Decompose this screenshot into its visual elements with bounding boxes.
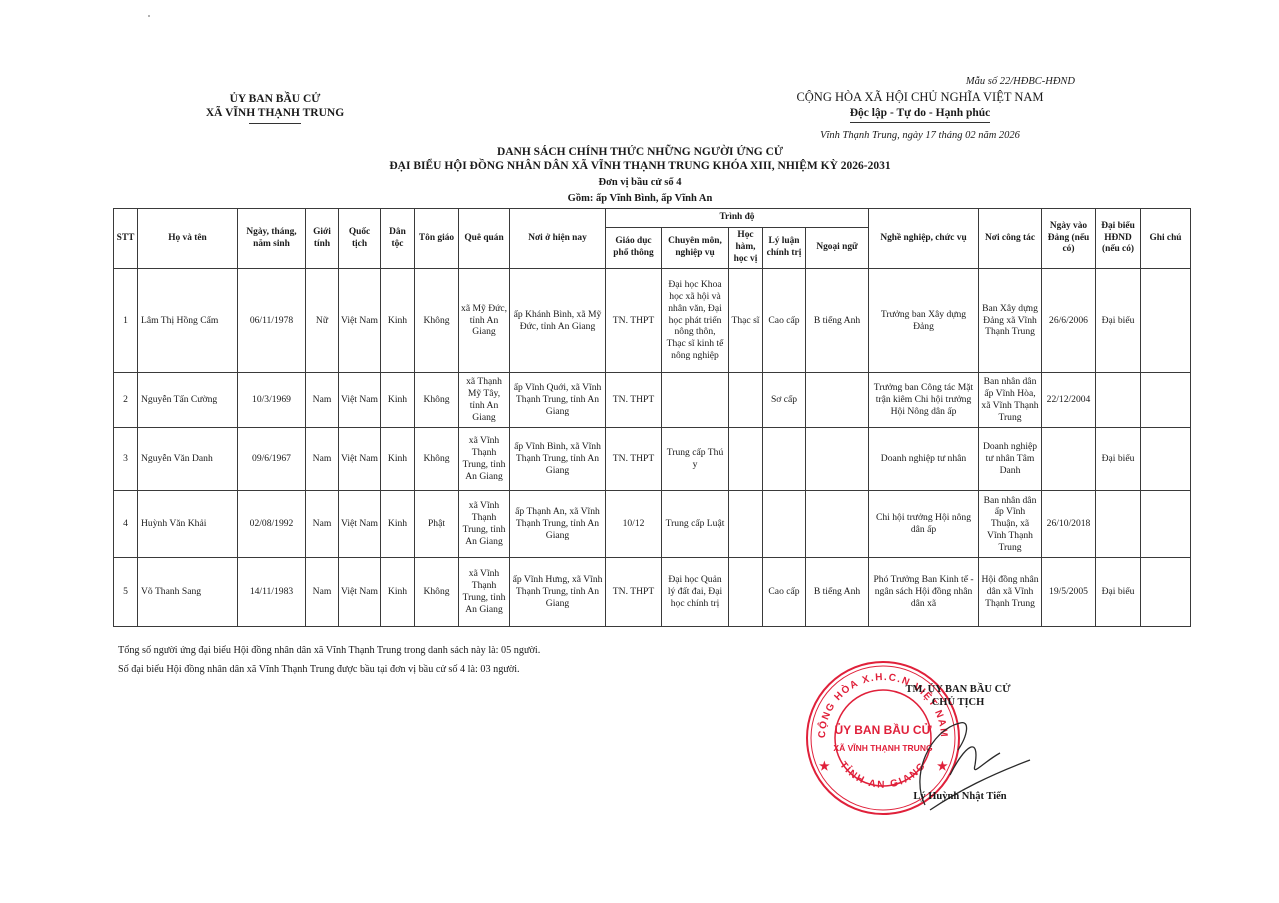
- cell-party-join-date: 26/6/2006: [1042, 269, 1096, 373]
- col-notes: Ghi chú: [1141, 209, 1191, 269]
- cell-hometown: xã Vĩnh Thạnh Trung, tỉnh An Giang: [459, 558, 510, 627]
- cell-general-education: TN. THPT: [606, 269, 662, 373]
- cell-party-join-date: 19/5/2005: [1042, 558, 1096, 627]
- cell-residence: ấp Thạnh An, xã Vĩnh Thạnh Trung, tỉnh A…: [510, 491, 606, 558]
- col-stt: STT: [114, 209, 138, 269]
- electoral-unit-areas: Gồm: ấp Vĩnh Bình, ấp Vĩnh An: [300, 192, 980, 206]
- cell-gender: Nữ: [306, 269, 339, 373]
- table-row: 4Huỳnh Văn Khải02/08/1992NamViệt NamKinh…: [114, 491, 1191, 558]
- cell-full-name: Võ Thanh Sang: [138, 558, 238, 627]
- col-religion: Tôn giáo: [415, 209, 459, 269]
- cell-ethnicity: Kinh: [381, 491, 415, 558]
- cell-stt: 5: [114, 558, 138, 627]
- col-nationality: Quốc tịch: [339, 209, 381, 269]
- cell-hometown: xã Vĩnh Thạnh Trung, tỉnh An Giang: [459, 428, 510, 491]
- cell-gender: Nam: [306, 428, 339, 491]
- nation-name: CỘNG HÒA XÃ HỘI CHỦ NGHĨA VIỆT NAM: [760, 90, 1080, 105]
- cell-gender: Nam: [306, 491, 339, 558]
- cell-ethnicity: Kinh: [381, 428, 415, 491]
- cell-residence: ấp Khánh Bình, xã Mỹ Đức, tỉnh An Giang: [510, 269, 606, 373]
- cell-general-education: TN. THPT: [606, 373, 662, 428]
- cell-nationality: Việt Nam: [339, 269, 381, 373]
- place-and-date: Vĩnh Thạnh Trung, ngày 17 tháng 02 năm 2…: [760, 130, 1080, 141]
- cell-stt: 4: [114, 491, 138, 558]
- col-workplace: Nơi công tác: [979, 209, 1042, 269]
- cell-dob: 10/3/1969: [238, 373, 306, 428]
- cell-professional: Trung cấp Thú y: [662, 428, 729, 491]
- cell-occupation: Trưởng ban Công tác Mặt trận kiêm Chi hộ…: [869, 373, 979, 428]
- table-row: 1Lâm Thị Hồng Cẩm06/11/1978NữViệt NamKin…: [114, 269, 1191, 373]
- cell-full-name: Huỳnh Văn Khải: [138, 491, 238, 558]
- org-line-2: XÃ VĨNH THẠNH TRUNG: [150, 106, 400, 120]
- cell-foreign-language: [806, 373, 869, 428]
- col-general-education: Giáo dục phổ thông: [606, 228, 662, 269]
- table-row: 3Nguyễn Văn Danh09/6/1967NamViệt NamKinh…: [114, 428, 1191, 491]
- cell-academic-degree: [729, 428, 763, 491]
- cell-council-delegate: Đại biểu: [1096, 558, 1141, 627]
- cell-gender: Nam: [306, 558, 339, 627]
- col-gender: Giới tính: [306, 209, 339, 269]
- cell-political-theory: Cao cấp: [763, 269, 806, 373]
- col-occupation: Nghề nghiệp, chức vụ: [869, 209, 979, 269]
- cell-notes: [1141, 373, 1191, 428]
- col-council-delegate: Đại biểu HĐND (nếu có): [1096, 209, 1141, 269]
- cell-political-theory: Cao cấp: [763, 558, 806, 627]
- cell-nationality: Việt Nam: [339, 491, 381, 558]
- cell-religion: Không: [415, 428, 459, 491]
- cell-occupation: Phó Trưởng Ban Kinh tế - ngân sách Hội đ…: [869, 558, 979, 627]
- col-hometown: Quê quán: [459, 209, 510, 269]
- cell-workplace: Doanh nghiệp tư nhân Tâm Danh: [979, 428, 1042, 491]
- cell-occupation: Doanh nghiệp tư nhân: [869, 428, 979, 491]
- cell-full-name: Nguyễn Văn Danh: [138, 428, 238, 491]
- table-row: 5Võ Thanh Sang14/11/1983NamViệt NamKinhK…: [114, 558, 1191, 627]
- scan-speck: [148, 15, 150, 17]
- cell-academic-degree: [729, 558, 763, 627]
- cell-religion: Không: [415, 373, 459, 428]
- col-foreign-language: Ngoại ngữ: [806, 228, 869, 269]
- cell-religion: Phật: [415, 491, 459, 558]
- cell-ethnicity: Kinh: [381, 558, 415, 627]
- cell-political-theory: [763, 491, 806, 558]
- cell-professional: [662, 373, 729, 428]
- cell-academic-degree: [729, 373, 763, 428]
- cell-hometown: xã Vĩnh Thạnh Trung, tỉnh An Giang: [459, 491, 510, 558]
- title-line-2: ĐẠI BIỂU HỘI ĐỒNG NHÂN DÂN XÃ VĨNH THẠNH…: [300, 160, 980, 174]
- cell-stt: 3: [114, 428, 138, 491]
- cell-notes: [1141, 428, 1191, 491]
- cell-council-delegate: [1096, 491, 1141, 558]
- cell-professional: Trung cấp Luật: [662, 491, 729, 558]
- org-underline: [249, 123, 301, 124]
- cell-ethnicity: Kinh: [381, 269, 415, 373]
- form-number: Mẫu số 22/HĐBC-HĐND: [900, 76, 1075, 87]
- cell-occupation: Trưởng ban Xây dựng Đảng: [869, 269, 979, 373]
- col-ethnicity: Dân tộc: [381, 209, 415, 269]
- col-full-name: Họ và tên: [138, 209, 238, 269]
- total-candidates-note: Tổng số người ứng đại biểu Hội đồng nhân…: [118, 645, 540, 656]
- cell-political-theory: [763, 428, 806, 491]
- cell-stt: 1: [114, 269, 138, 373]
- col-academic-degree: Học hàm, học vị: [729, 228, 763, 269]
- cell-foreign-language: B tiếng Anh: [806, 269, 869, 373]
- cell-dob: 14/11/1983: [238, 558, 306, 627]
- header-row-1: STT Họ và tên Ngày, tháng, năm sinh Giới…: [114, 209, 1191, 228]
- cell-council-delegate: Đại biểu: [1096, 269, 1141, 373]
- cell-general-education: 10/12: [606, 491, 662, 558]
- cell-workplace: Ban nhân dân ấp Vĩnh Thuận, xã Vĩnh Thạn…: [979, 491, 1042, 558]
- cell-dob: 06/11/1978: [238, 269, 306, 373]
- col-dob: Ngày, tháng, năm sinh: [238, 209, 306, 269]
- cell-dob: 09/6/1967: [238, 428, 306, 491]
- cell-party-join-date: 26/10/2018: [1042, 491, 1096, 558]
- cell-workplace: Hội đồng nhân dân xã Vĩnh Thạnh Trung: [979, 558, 1042, 627]
- document-title: DANH SÁCH CHÍNH THỨC NHỮNG NGƯỜI ỨNG CỬ …: [300, 146, 980, 205]
- cell-occupation: Chi hội trưởng Hội nông dân ấp: [869, 491, 979, 558]
- cell-notes: [1141, 269, 1191, 373]
- cell-workplace: Ban nhân dân ấp Vĩnh Hòa, xã Vĩnh Thạnh …: [979, 373, 1042, 428]
- cell-stt: 2: [114, 373, 138, 428]
- candidate-table: STT Họ và tên Ngày, tháng, năm sinh Giới…: [113, 208, 1191, 627]
- cell-hometown: xã Thạnh Mỹ Tây, tỉnh An Giang: [459, 373, 510, 428]
- cell-council-delegate: Đại biểu: [1096, 428, 1141, 491]
- electoral-unit: Đơn vị bầu cử số 4: [300, 176, 980, 190]
- cell-general-education: TN. THPT: [606, 428, 662, 491]
- cell-gender: Nam: [306, 373, 339, 428]
- cell-notes: [1141, 491, 1191, 558]
- col-political-theory: Lý luận chính trị: [763, 228, 806, 269]
- cell-residence: ấp Vĩnh Quới, xã Vĩnh Thạnh Trung, tỉnh …: [510, 373, 606, 428]
- cell-full-name: Nguyễn Tấn Cường: [138, 373, 238, 428]
- cell-nationality: Việt Nam: [339, 428, 381, 491]
- cell-religion: Không: [415, 558, 459, 627]
- cell-nationality: Việt Nam: [339, 558, 381, 627]
- cell-residence: ấp Vĩnh Bình, xã Vĩnh Thạnh Trung, tỉnh …: [510, 428, 606, 491]
- cell-religion: Không: [415, 269, 459, 373]
- cell-dob: 02/08/1992: [238, 491, 306, 558]
- cell-full-name: Lâm Thị Hồng Cẩm: [138, 269, 238, 373]
- col-party-join-date: Ngày vào Đảng (nếu có): [1042, 209, 1096, 269]
- svg-text:★: ★: [819, 759, 830, 773]
- col-residence: Nơi ở hiện nay: [510, 209, 606, 269]
- cell-foreign-language: [806, 491, 869, 558]
- cell-academic-degree: Thạc sĩ: [729, 269, 763, 373]
- table-row: 2Nguyễn Tấn Cường10/3/1969NamViệt NamKin…: [114, 373, 1191, 428]
- cell-academic-degree: [729, 491, 763, 558]
- cell-foreign-language: B tiếng Anh: [806, 558, 869, 627]
- col-professional: Chuyên môn, nghiệp vụ: [662, 228, 729, 269]
- cell-workplace: Ban Xây dựng Đảng xã Vĩnh Thạnh Trung: [979, 269, 1042, 373]
- national-motto: Độc lập - Tự do - Hạnh phúc: [850, 106, 991, 123]
- cell-professional: Đại học Quản lý đất đai, Đại học chính t…: [662, 558, 729, 627]
- cell-notes: [1141, 558, 1191, 627]
- cell-foreign-language: [806, 428, 869, 491]
- cell-ethnicity: Kinh: [381, 373, 415, 428]
- on-behalf-label: TM. ỦY BAN BẦU CỬ: [868, 683, 1048, 696]
- national-heading: CỘNG HÒA XÃ HỘI CHỦ NGHĨA VIỆT NAM Độc l…: [760, 90, 1080, 123]
- cell-council-delegate: [1096, 373, 1141, 428]
- title-line-1: DANH SÁCH CHÍNH THỨC NHỮNG NGƯỜI ỨNG CỬ: [300, 146, 980, 160]
- cell-general-education: TN. THPT: [606, 558, 662, 627]
- signer-name: Lý Huỳnh Nhật Tiến: [880, 791, 1040, 802]
- cell-political-theory: Sơ cấp: [763, 373, 806, 428]
- org-line-1: ỦY BAN BẦU CỬ: [150, 92, 400, 106]
- issuing-organization: ỦY BAN BẦU CỬ XÃ VĨNH THẠNH TRUNG: [150, 92, 400, 124]
- cell-professional: Đại học Khoa học xã hội và nhân văn, Đại…: [662, 269, 729, 373]
- cell-party-join-date: 22/12/2004: [1042, 373, 1096, 428]
- cell-nationality: Việt Nam: [339, 373, 381, 428]
- col-group-education: Trình độ: [606, 209, 869, 228]
- cell-residence: ấp Vĩnh Hưng, xã Vĩnh Thạnh Trung, tỉnh …: [510, 558, 606, 627]
- cell-hometown: xã Mỹ Đức, tỉnh An Giang: [459, 269, 510, 373]
- cell-party-join-date: [1042, 428, 1096, 491]
- seats-note: Số đại biểu Hội đồng nhân dân xã Vĩnh Th…: [118, 664, 520, 675]
